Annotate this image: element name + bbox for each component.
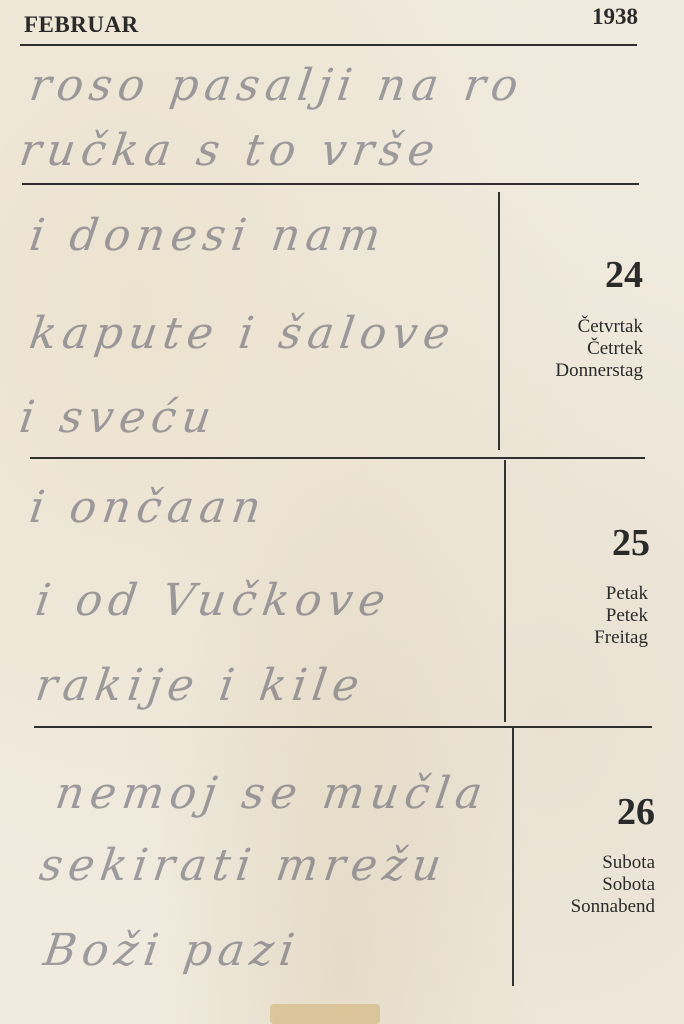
- day-name-german: Freitag: [594, 627, 648, 648]
- day-name-croatian: Četvrtak: [578, 316, 643, 337]
- column-divider: [498, 192, 500, 450]
- day-name-slovene: Četrtek: [587, 338, 643, 359]
- day-name-slovene: Sobota: [602, 874, 655, 895]
- handwritten-note: i donesi nam: [26, 210, 389, 261]
- column-divider: [512, 728, 514, 986]
- column-divider: [504, 460, 506, 722]
- day-name-slovene: Petek: [606, 605, 648, 626]
- handwritten-note: kapute i šalove: [26, 308, 459, 359]
- day-name-german: Sonnabend: [571, 896, 655, 917]
- handwritten-note: ručka s to vrše: [16, 125, 443, 176]
- handwritten-note: sekirati mrežu: [36, 840, 450, 891]
- day-name-german: Donnerstag: [555, 360, 643, 381]
- handwritten-note: roso pasalji na ro: [26, 60, 527, 111]
- divider-line: [30, 457, 645, 459]
- day-name-croatian: Subota: [602, 852, 655, 873]
- day-number: 24: [605, 253, 643, 297]
- day-name-croatian: Petak: [606, 583, 648, 604]
- handwritten-note: Boži pazi: [40, 925, 303, 976]
- divider-line: [22, 183, 639, 185]
- handwritten-note: i od Vučkove: [32, 575, 394, 626]
- handwritten-note: rakije i kile: [32, 660, 368, 711]
- month-label: FEBRUAR: [24, 12, 139, 38]
- handwritten-note: nemoj se mučla: [52, 768, 491, 819]
- day-number: 25: [612, 521, 650, 565]
- year-label: 1938: [592, 4, 638, 30]
- paper-stain: [270, 1004, 380, 1024]
- divider-line: [34, 726, 652, 728]
- header-rule: [20, 44, 637, 46]
- day-number: 26: [617, 790, 655, 834]
- handwritten-note: i sveću: [16, 392, 220, 443]
- handwritten-note: i ončaan: [26, 482, 270, 533]
